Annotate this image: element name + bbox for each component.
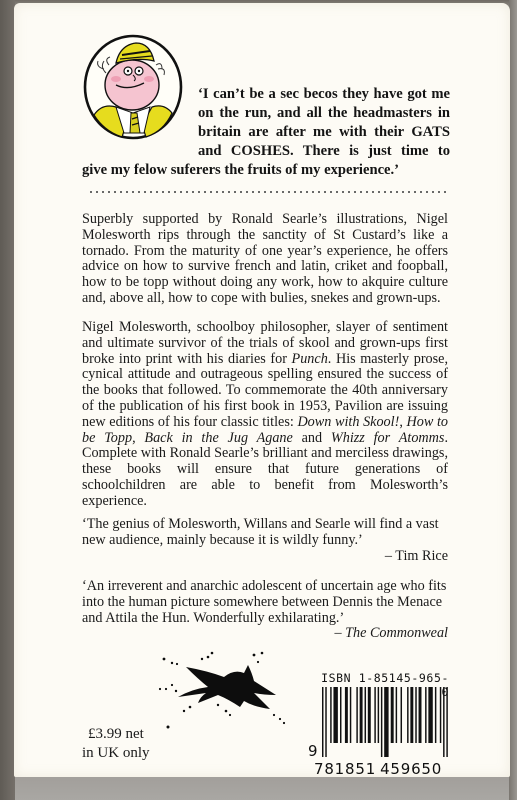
price-label: £3.99 net in UK only: [82, 725, 150, 763]
separator: ,: [399, 414, 406, 430]
ink-splat-icon: [158, 651, 290, 735]
book-title: Whizz for Atomms: [331, 430, 445, 446]
publication-title: Punch: [292, 351, 328, 367]
book-title: Back in the Jug Agane: [144, 430, 292, 446]
left-edge-shadow: [0, 0, 15, 800]
review-commonweal: ‘An irreverent and anarchic adolescent o…: [82, 579, 448, 642]
right-edge-shadow: [509, 0, 517, 800]
quote-line: and COSHES. There is just time to: [82, 142, 450, 161]
price-amount: £3.99 net: [82, 725, 150, 744]
book-title: Down with Skool!: [297, 414, 399, 430]
quote-line: ‘I can’t be a sec becos they have got me: [82, 85, 450, 104]
review-text: ‘An irreverent and anarchic adolescent o…: [82, 578, 446, 626]
price-region: in UK only: [82, 744, 150, 763]
book-back-cover: ‘I can’t be a sec becos they have got me…: [14, 3, 510, 777]
separator: ,: [132, 430, 144, 446]
ean-first-digit: 9: [308, 742, 318, 760]
ean-group-1: 781851: [314, 760, 376, 778]
review-tim-rice: ‘The genius of Molesworth, Willans and S…: [82, 517, 448, 564]
blurb-paragraph-2: Nigel Molesworth, schoolboy philosopher,…: [82, 320, 448, 510]
review-attribution: – The Commonweal: [82, 626, 448, 642]
review-attribution: – Tim Rice: [82, 549, 448, 565]
molesworth-quote: ‘I can’t be a sec becos they have got me…: [82, 85, 450, 180]
dotted-divider: [88, 191, 448, 193]
ean-group-2: 459650: [380, 760, 442, 778]
blurb-paragraph-1: Superbly supported by Ronald Searle’s il…: [82, 212, 448, 307]
review-text: ‘The genius of Molesworth, Willans and S…: [82, 516, 439, 548]
quote-line: britain are after me with their GATS: [82, 123, 450, 142]
quote-line: give my felow suferers the fruits of my …: [82, 161, 450, 180]
quote-line: on the run, and all the headmasters in: [82, 104, 450, 123]
ean-digits: 9 781851459650: [308, 742, 450, 778]
separator: and: [293, 430, 331, 446]
